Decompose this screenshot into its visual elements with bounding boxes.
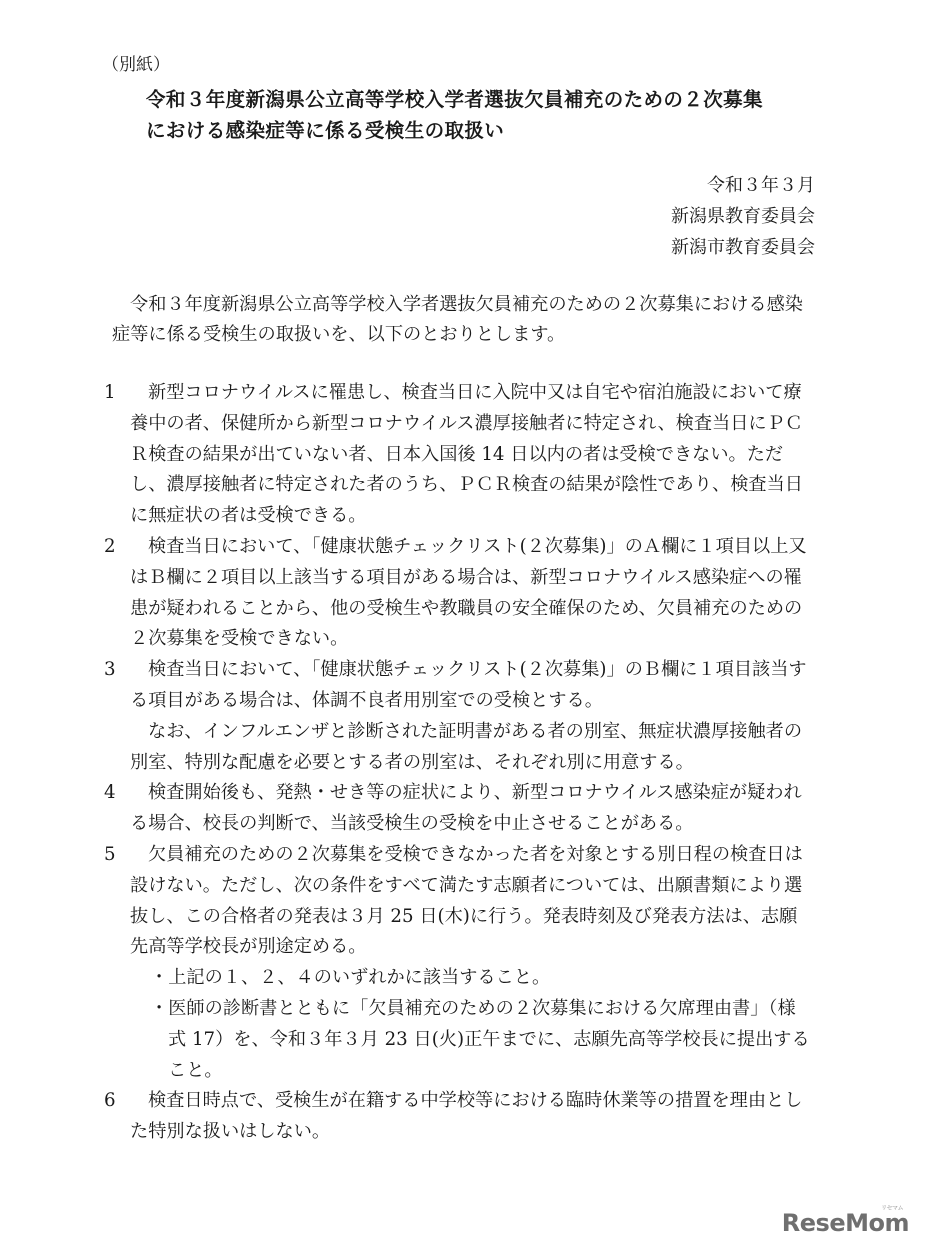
- item-note: なお、インフルエンザと診断された証明書がある者の別室、無症状濃厚接触者の別室、特…: [112, 717, 812, 779]
- intro-paragraph: 令和３年度新潟県公立高等学校入学者選抜欠員補充のための２次募集における感染症等に…: [112, 290, 812, 350]
- item-text: 新型コロナウイルスに罹患し、検査当日に入院中又は自宅や宿泊施設において療養中の者…: [130, 378, 812, 532]
- item-text: 検査当日において、「健康状態チェックリスト(２次募集)」のＢ欄に１項目該当する項…: [130, 655, 812, 717]
- item-text: 検査日時点で、受検生が在籍する中学校等における臨時休業等の措置を理由とした特別な…: [130, 1086, 812, 1148]
- item-number: 5: [104, 840, 124, 871]
- item-list: 1 新型コロナウイルスに罹患し、検査当日に入院中又は自宅や宿泊施設において療養中…: [112, 378, 812, 1148]
- item-number: 4: [104, 778, 124, 809]
- logo-text: ReseMom: [782, 1209, 909, 1237]
- item-number: 2: [104, 532, 124, 563]
- list-item: 3 検査当日において、「健康状態チェックリスト(２次募集)」のＢ欄に１項目該当す…: [112, 655, 812, 778]
- condition-bullet: ・医師の診断書とともに「欠員補充のための２次募集における欠席理由書」（様式 17…: [130, 994, 812, 1086]
- item-text: 検査開始後も、発熱・せき等の症状により、新型コロナウイルス感染症が疑われる場合、…: [130, 778, 812, 840]
- item-text: 検査当日において、「健康状態チェックリスト(２次募集)」のＡ欄に１項目以上又はＢ…: [130, 532, 812, 655]
- list-item: 1 新型コロナウイルスに罹患し、検査当日に入院中又は自宅や宿泊施設において療養中…: [112, 378, 812, 532]
- list-item: 5 欠員補充のための２次募集を受検できなかった者を対象とする別日程の検査日は設け…: [112, 840, 812, 1086]
- issuer-block: 令和３年３月 新潟県教育委員会 新潟市教育委員会: [671, 170, 815, 263]
- logo-subtext: リセマム: [881, 1203, 903, 1212]
- title-line: における感染症等に係る受検生の取扱い: [146, 115, 846, 146]
- resemom-logo: ReseMom リセマム: [782, 1209, 909, 1237]
- issuer-org: 新潟県教育委員会: [671, 201, 815, 232]
- document-page: （別紙） 令和３年度新潟県公立高等学校入学者選抜欠員補充のための２次募集 におけ…: [0, 0, 927, 1251]
- item-number: 6: [104, 1086, 124, 1117]
- condition-bullet: ・上記の１、２、４のいずれかに該当すること。: [130, 963, 812, 994]
- item-text: 欠員補充のための２次募集を受検できなかった者を対象とする別日程の検査日は設けない…: [130, 840, 812, 963]
- list-item: 2 検査当日において、「健康状態チェックリスト(２次募集)」のＡ欄に１項目以上又…: [112, 532, 812, 655]
- issue-date: 令和３年３月: [671, 170, 815, 201]
- attachment-tag: （別紙）: [102, 50, 170, 75]
- list-item: 4 検査開始後も、発熱・せき等の症状により、新型コロナウイルス感染症が疑われる場…: [112, 778, 812, 840]
- document-title: 令和３年度新潟県公立高等学校入学者選抜欠員補充のための２次募集 における感染症等…: [146, 84, 846, 146]
- item-number: 1: [104, 378, 124, 409]
- issuer-org: 新潟市教育委員会: [671, 232, 815, 263]
- item-number: 3: [104, 655, 124, 686]
- title-line: 令和３年度新潟県公立高等学校入学者選抜欠員補充のための２次募集: [146, 84, 846, 115]
- list-item: 6 検査日時点で、受検生が在籍する中学校等における臨時休業等の措置を理由とした特…: [112, 1086, 812, 1148]
